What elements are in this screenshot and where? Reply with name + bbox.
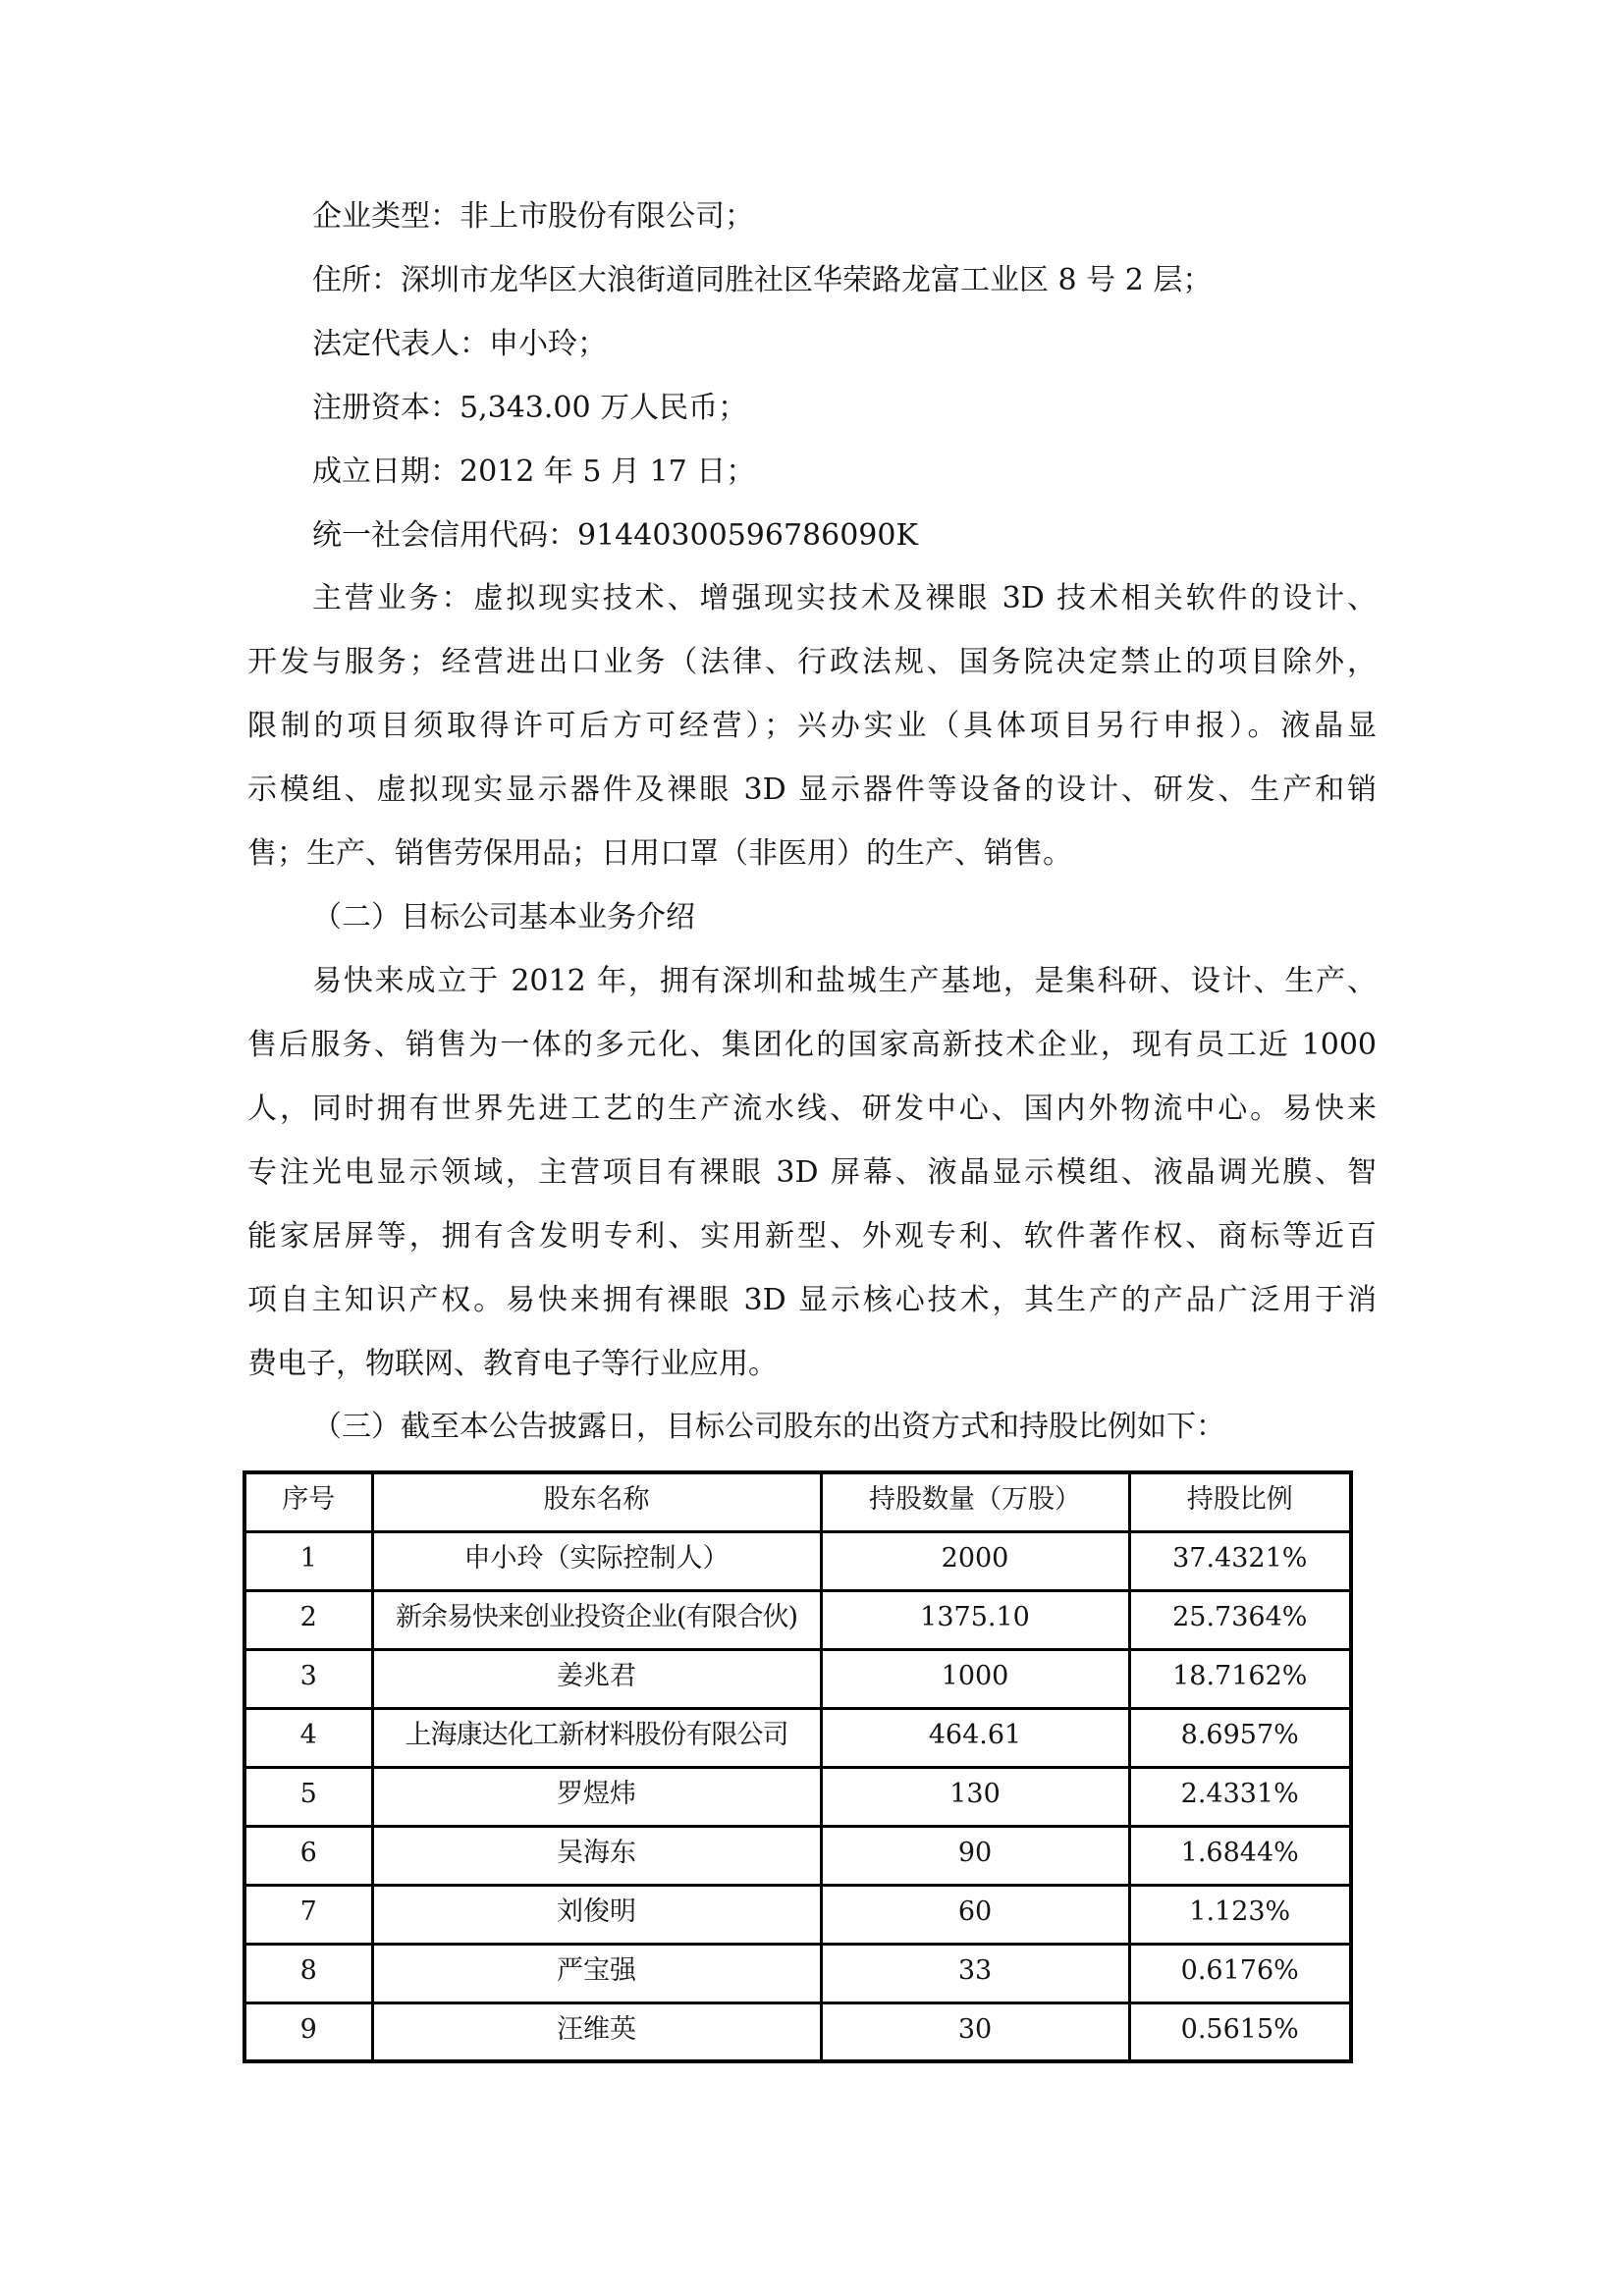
cell-share-count: 30 <box>821 2002 1129 2061</box>
cell-share-ratio: 8.6957% <box>1129 1708 1351 1767</box>
established-date-line: 成立日期：2012 年 5 月 17 日； <box>312 453 755 492</box>
company-type-line: 企业类型：非上市股份有限公司； <box>312 197 754 237</box>
table-row: 8 严宝强 33 0.6176% <box>244 1944 1351 2002</box>
cell-index: 8 <box>244 1944 372 2002</box>
cell-share-ratio: 25.7364% <box>1129 1590 1351 1649</box>
address-line: 住所：深圳市龙华区大浪街道同胜社区华荣路龙富工业区 8 号 2 层； <box>312 261 1212 300</box>
cell-share-count: 60 <box>821 1885 1129 1944</box>
cell-text: 60 <box>823 1887 1128 1932</box>
cell-text: 7 <box>246 1887 371 1932</box>
section2-paragraph-line: 售后服务、销售为一体的多元化、集团化的国家高新技术企业，现有员工近 1000 <box>247 1026 1377 1065</box>
cell-share-count: 2000 <box>821 1531 1129 1590</box>
business-scope-line: 主营业务：虚拟现实技术、增强现实技术及裸眼 3D 技术相关软件的设计、 <box>312 579 1377 618</box>
cell-shareholder-name: 汪维英 <box>372 2002 821 2061</box>
cell-text: 33 <box>823 1946 1128 1991</box>
cell-shareholder-name: 姜兆君 <box>372 1649 821 1708</box>
cell-text: 5 <box>246 1769 371 1814</box>
cell-share-ratio: 0.6176% <box>1129 1944 1351 2002</box>
cell-index: 4 <box>244 1708 372 1767</box>
credit-code-line: 统一社会信用代码：91440300596786090K <box>312 516 918 556</box>
cell-share-count: 90 <box>821 1826 1129 1885</box>
cell-text: 30 <box>823 2004 1128 2050</box>
cell-shareholder-name: 罗煜炜 <box>372 1767 821 1826</box>
section2-paragraph-line: 项自主知识产权。易快来拥有裸眼 3D 显示核心技术，其生产的产品广泛用于消 <box>247 1281 1377 1320</box>
document-page: 企业类型：非上市股份有限公司； 住所：深圳市龙华区大浪街道同胜社区华荣路龙富工业… <box>0 0 1624 2296</box>
cell-text: 严宝强 <box>374 1946 820 1991</box>
cell-text: 汪维英 <box>374 2004 820 2050</box>
cell-text: 罗煜炜 <box>374 1769 820 1814</box>
cell-text: 3 <box>246 1651 371 1696</box>
header-share-ratio: 持股比例 <box>1129 1472 1351 1531</box>
cell-text: 刘俊明 <box>374 1887 820 1932</box>
registered-capital-line: 注册资本：5,343.00 万人民币； <box>312 389 747 428</box>
cell-text: 130 <box>823 1769 1128 1814</box>
business-scope-line: 限制的项目须取得许可后方可经营）；兴办实业（具体项目另行申报）。液晶显 <box>247 707 1377 746</box>
section2-paragraph-line: 人，同时拥有世界先进工艺的生产流水线、研发中心、国内外物流中心。易快来 <box>247 1090 1377 1129</box>
cell-text: 姜兆君 <box>374 1651 820 1696</box>
header-index: 序号 <box>244 1472 372 1531</box>
cell-text: 1000 <box>823 1651 1128 1696</box>
cell-text: 9 <box>246 2004 371 2050</box>
cell-index: 1 <box>244 1531 372 1590</box>
cell-text: 464.61 <box>823 1710 1128 1755</box>
table-row: 6 吴海东 90 1.6844% <box>244 1826 1351 1885</box>
cell-text: 0.6176% <box>1131 1946 1350 1991</box>
table-row: 5 罗煜炜 130 2.4331% <box>244 1767 1351 1826</box>
header-label: 序号 <box>246 1474 371 1520</box>
cell-shareholder-name: 申小玲（实际控制人） <box>372 1531 821 1590</box>
shareholder-table: 序号 股东名称 持股数量（万股） 持股比例 1 申小玲（实际控制人） 2000 … <box>243 1470 1353 2063</box>
cell-text: 0.5615% <box>1131 2004 1350 2050</box>
header-label: 股东名称 <box>374 1474 820 1520</box>
cell-text: 1375.10 <box>823 1592 1128 1637</box>
cell-shareholder-name: 吴海东 <box>372 1826 821 1885</box>
cell-text: 37.4321% <box>1131 1533 1350 1578</box>
business-scope-line: 示模组、虚拟现实显示器件及裸眼 3D 显示器件等设备的设计、研发、生产和销 <box>247 771 1377 810</box>
cell-shareholder-name: 刘俊明 <box>372 1885 821 1944</box>
cell-index: 7 <box>244 1885 372 1944</box>
cell-index: 3 <box>244 1649 372 1708</box>
business-scope-line: 售；生产、销售劳保用品；日用口罩（非医用）的生产、销售。 <box>247 834 1072 874</box>
cell-share-count: 130 <box>821 1767 1129 1826</box>
header-label: 持股数量（万股） <box>823 1474 1128 1520</box>
cell-index: 6 <box>244 1826 372 1885</box>
cell-text: 8 <box>246 1946 371 1991</box>
cell-text: 2.4331% <box>1131 1769 1350 1814</box>
cell-share-count: 1375.10 <box>821 1590 1129 1649</box>
table-row: 2 新余易快来创业投资企业(有限合伙) 1375.10 25.7364% <box>244 1590 1351 1649</box>
cell-share-ratio: 2.4331% <box>1129 1767 1351 1826</box>
cell-text: 1.6844% <box>1131 1828 1350 1873</box>
cell-share-count: 464.61 <box>821 1708 1129 1767</box>
cell-text: 2 <box>246 1592 371 1637</box>
cell-share-count: 33 <box>821 1944 1129 2002</box>
cell-text: 6 <box>246 1828 371 1873</box>
cell-text: 1.123% <box>1131 1887 1350 1932</box>
cell-text: 4 <box>246 1710 371 1755</box>
table-row: 1 申小玲（实际控制人） 2000 37.4321% <box>244 1531 1351 1590</box>
cell-share-ratio: 37.4321% <box>1129 1531 1351 1590</box>
cell-shareholder-name: 严宝强 <box>372 1944 821 2002</box>
header-label: 持股比例 <box>1131 1474 1350 1520</box>
cell-index: 9 <box>244 2002 372 2061</box>
legal-representative-line: 法定代表人：申小玲； <box>312 325 607 364</box>
cell-text: 上海康达化工新材料股份有限公司 <box>374 1710 820 1755</box>
table-row: 9 汪维英 30 0.5615% <box>244 2002 1351 2061</box>
cell-text: 申小玲（实际控制人） <box>374 1533 820 1578</box>
cell-share-ratio: 1.6844% <box>1129 1826 1351 1885</box>
section3-heading: （三）截至本公告披露日，目标公司股东的出资方式和持股比例如下： <box>312 1408 1225 1447</box>
section2-paragraph-line: 能家居屏等，拥有含发明专利、实用新型、外观专利、软件著作权、商标等近百 <box>247 1217 1377 1256</box>
cell-index: 5 <box>244 1767 372 1826</box>
cell-share-count: 1000 <box>821 1649 1129 1708</box>
header-share-count: 持股数量（万股） <box>821 1472 1129 1531</box>
cell-text: 25.7364% <box>1131 1592 1350 1637</box>
cell-share-ratio: 18.7162% <box>1129 1649 1351 1708</box>
section2-heading: （二）目标公司基本业务介绍 <box>312 898 695 937</box>
cell-text: 2000 <box>823 1533 1128 1578</box>
business-scope-line: 开发与服务；经营进出口业务（法律、行政法规、国务院决定禁止的项目除外， <box>247 643 1377 682</box>
cell-text: 吴海东 <box>374 1828 820 1873</box>
section2-paragraph-line: 专注光电显示领域，主营项目有裸眼 3D 屏幕、液晶显示模组、液晶调光膜、智 <box>247 1153 1377 1193</box>
section2-paragraph-line: 易快来成立于 2012 年，拥有深圳和盐城生产基地，是集科研、设计、生产、 <box>312 962 1377 1001</box>
table-row: 7 刘俊明 60 1.123% <box>244 1885 1351 1944</box>
cell-text: 18.7162% <box>1131 1651 1350 1696</box>
header-shareholder-name: 股东名称 <box>372 1472 821 1531</box>
cell-shareholder-name: 新余易快来创业投资企业(有限合伙) <box>372 1590 821 1649</box>
cell-text: 90 <box>823 1828 1128 1873</box>
cell-text: 8.6957% <box>1131 1710 1350 1755</box>
table-row: 4 上海康达化工新材料股份有限公司 464.61 8.6957% <box>244 1708 1351 1767</box>
cell-index: 2 <box>244 1590 372 1649</box>
cell-text: 新余易快来创业投资企业(有限合伙) <box>374 1592 820 1637</box>
cell-shareholder-name: 上海康达化工新材料股份有限公司 <box>372 1708 821 1767</box>
cell-share-ratio: 0.5615% <box>1129 2002 1351 2061</box>
table-header-row: 序号 股东名称 持股数量（万股） 持股比例 <box>244 1472 1351 1531</box>
cell-share-ratio: 1.123% <box>1129 1885 1351 1944</box>
table-row: 3 姜兆君 1000 18.7162% <box>244 1649 1351 1708</box>
cell-text: 1 <box>246 1533 371 1578</box>
section2-paragraph-line: 费电子，物联网、教育电子等行业应用。 <box>247 1345 778 1384</box>
